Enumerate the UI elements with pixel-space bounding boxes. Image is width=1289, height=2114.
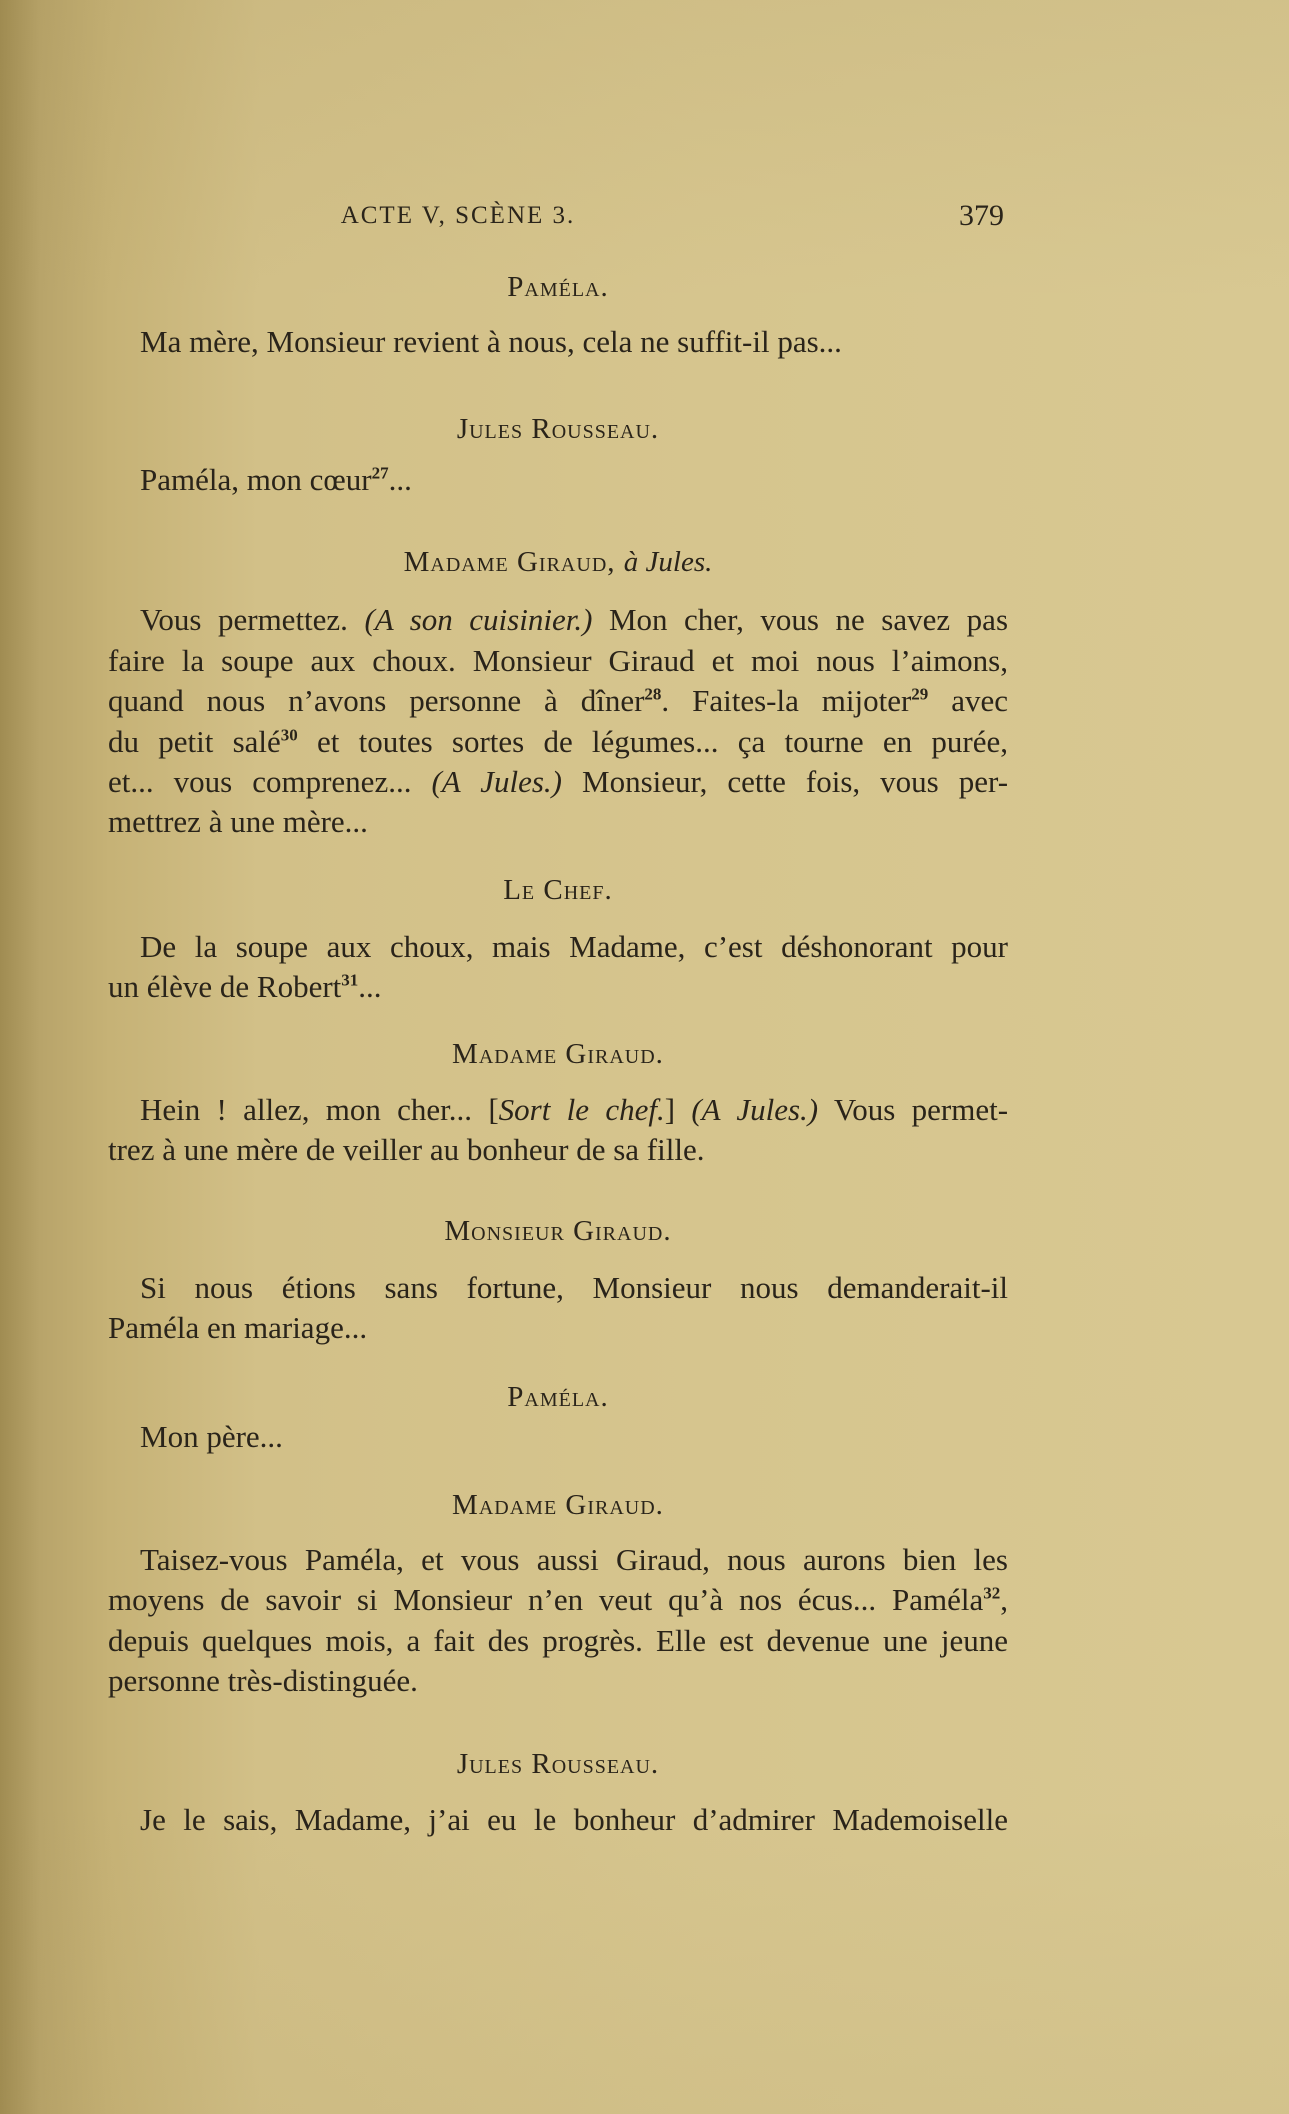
dialogue-line: moyens de savoir si Monsieur n’en veut q… <box>108 1580 1008 1620</box>
dialogue-line: Paméla en mariage... <box>108 1308 1008 1348</box>
dialogue-line: Mon père... <box>140 1417 1008 1457</box>
text-run: Monsieur, cette fois, vous per- <box>562 764 1008 799</box>
stage-direction: (A Jules.) <box>431 764 562 799</box>
speaker-name: Jules Rousseau. <box>108 1744 1008 1784</box>
speaker-name: Jules Rousseau. <box>108 409 1008 449</box>
speaker-name: Paméla. <box>108 1377 1008 1417</box>
dialogue-line: faire la soupe aux choux. Monsieur Girau… <box>108 641 1008 681</box>
text-run: avec <box>928 683 1008 718</box>
speaker-name: Madame Giraud, <box>404 546 616 578</box>
dialogue-line: personne très-distinguée. <box>108 1661 1008 1701</box>
running-title: Acte V, scène 3. <box>108 196 808 236</box>
footnote-ref[interactable]: 29 <box>911 685 928 704</box>
stage-direction: Sort le chef. <box>499 1092 665 1127</box>
text-run: Hein ! allez, mon cher... [ <box>140 1092 499 1127</box>
text-run: ... <box>358 969 381 1004</box>
stage-direction: (A son cuisinier.) <box>364 602 592 637</box>
speaker-name: Madame Giraud. <box>108 1485 1008 1525</box>
text-run: Paméla, mon cœur <box>140 462 372 497</box>
text-run: un élève de Robert <box>108 969 341 1004</box>
dialogue-line: quand nous n’avons personne à dîner28. F… <box>108 681 1008 721</box>
text-run: moyens de savoir si Monsieur n’en veut q… <box>108 1582 983 1617</box>
speaker-name: Paméla. <box>108 267 1008 307</box>
dialogue-line: et... vous comprenez... (A Jules.) Monsi… <box>108 762 1008 802</box>
text-run: ... <box>389 462 412 497</box>
dialogue-line: Je le sais, Madame, j’ai eu le bonheur d… <box>140 1800 1008 1840</box>
dialogue-line: Ma mère, Monsieur revient à nous, cela n… <box>140 322 1008 362</box>
text-run: Mon cher, vous ne savez pas <box>609 602 1008 637</box>
text-run: . Faites-la mijoter <box>661 683 911 718</box>
dialogue-line: du petit salé30 et toutes sortes de légu… <box>108 722 1008 762</box>
dialogue-line: Taisez-vous Paméla, et vous aussi Giraud… <box>140 1540 1008 1580</box>
dialogue-line: Si nous étions sans fortune, Monsieur no… <box>140 1268 1008 1308</box>
speaker-name: Le Chef. <box>108 870 1008 910</box>
dialogue-line: Paméla, mon cœur27... <box>140 460 1008 500</box>
text-run: ] <box>665 1092 692 1127</box>
text-run: quand nous n’avons personne à dîner <box>108 683 644 718</box>
text-run: Vous permettez. <box>140 602 348 637</box>
dialogue-line: un élève de Robert31... <box>108 967 1008 1007</box>
footnote-ref[interactable]: 31 <box>341 971 358 990</box>
page-number: 379 <box>959 196 1004 236</box>
text-run: Vous permet- <box>818 1092 1008 1127</box>
footnote-ref[interactable]: 28 <box>644 685 661 704</box>
dialogue-line: Vous permettez. (A son cuisinier.) Mon c… <box>140 600 1008 640</box>
dialogue-line: De la soupe aux choux, mais Madame, c’es… <box>140 927 1008 967</box>
stage-direction: à Jules. <box>624 546 713 578</box>
speaker-name: Monsieur Giraud. <box>108 1211 1008 1251</box>
dialogue-line: Hein ! allez, mon cher... [Sort le chef.… <box>140 1090 1008 1130</box>
text-run: et... vous comprenez... <box>108 764 411 799</box>
footnote-ref[interactable]: 27 <box>372 464 389 483</box>
text-run: et toutes sortes de légumes... ça tourne… <box>298 724 1008 759</box>
dialogue-line: depuis quelques mois, a fait des progrès… <box>108 1621 1008 1661</box>
speaker-name: Madame Giraud. <box>108 1034 1008 1074</box>
dialogue-line: mettrez à une mère... <box>108 802 1008 842</box>
speaker-heading: Madame Giraud, à Jules. <box>108 542 1008 582</box>
text-run: du petit salé <box>108 724 281 759</box>
dialogue-line: trez à une mère de veiller au bonheur de… <box>108 1130 1008 1170</box>
stage-direction: (A Jules.) <box>691 1092 818 1127</box>
footnote-ref[interactable]: 32 <box>983 1584 1000 1603</box>
text-run: , <box>1000 1582 1008 1617</box>
footnote-ref[interactable]: 30 <box>281 726 298 745</box>
